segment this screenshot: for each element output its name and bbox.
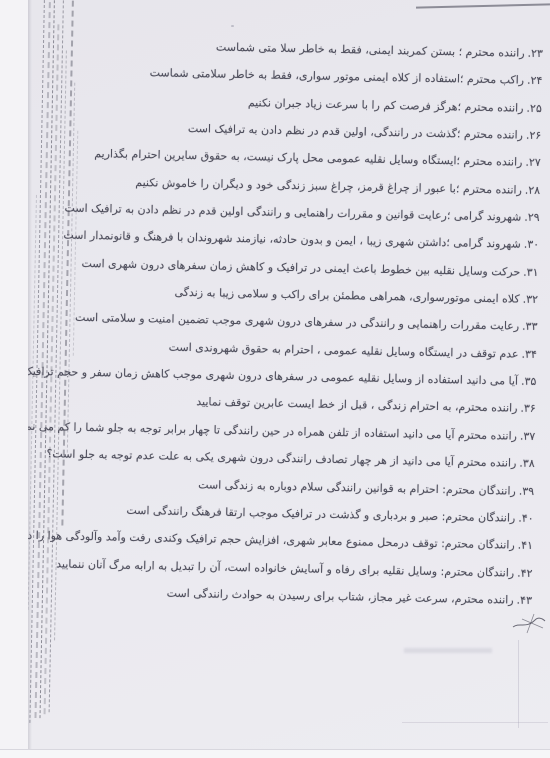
item-text: راننده محترم، سرعت غیر مجاز، شتاب برای ر… <box>167 587 514 607</box>
item-number: ۴۳. <box>516 594 532 607</box>
page-content: ۲۳.راننده محترم ؛ بستن کمربند ایمنی، فقط… <box>0 0 550 758</box>
item-text: رانندگان محترم: وسایل نقلیه برای رفاه و … <box>56 557 514 579</box>
item-number: ۴۱. <box>518 539 534 552</box>
item-number: ۳۶. <box>520 402 536 415</box>
item-number: ۲۹. <box>524 211 540 224</box>
item-number: ۳۳. <box>522 320 538 333</box>
ink-scribble-mark <box>510 611 550 643</box>
item-number: ۲۷. <box>525 156 541 169</box>
item-number: ۳۷. <box>520 429 536 442</box>
slogan-list: ۲۳.راننده محترم ؛ بستن کمربند ایمنی، فقط… <box>28 30 543 614</box>
item-text: رانندگان محترم: توقف درمحل ممنوع معابر ش… <box>0 528 515 552</box>
item-number: ۲۴. <box>527 74 543 87</box>
bleed-through-line <box>518 640 519 728</box>
item-text: کلاه ایمنی موتورسواری، همراهی مطمئن برای… <box>174 286 519 306</box>
item-number: ۳۲. <box>523 293 539 306</box>
item-text: راننده محترم ؛هرگز فرصت کم را با سرعت زی… <box>248 96 524 115</box>
item-number: ۳۵. <box>521 375 537 388</box>
item-number: ۲۵. <box>526 101 542 114</box>
item-text: راننده محترم، به احترام زندگی ، قبل از خ… <box>196 396 517 415</box>
item-number: ۴۰. <box>518 512 534 525</box>
item-text: رانندگان محترم: احترام به قوانین رانندگی… <box>198 478 516 497</box>
item-text: راننده محترم ؛گذشت در رانندگی، اولین قدم… <box>188 122 523 142</box>
bleed-through-line <box>402 722 548 723</box>
item-text: راننده محترم آیا می دانید از هر چهار تصا… <box>46 447 516 469</box>
item-number: ۳۹. <box>519 484 535 497</box>
item-text: راننده محترم ؛با عبور از چراغ قرمز، چراغ… <box>135 176 522 197</box>
item-text: راننده محترم آیا می دانید استفاده از تلف… <box>8 419 517 442</box>
item-number: ۳۴. <box>521 347 537 360</box>
item-text: شهروند گرامی ؛داشتن شهری زیبا ، ایمن و ب… <box>63 229 521 251</box>
item-text: آیا می دانید استفاده از وسایل نقلیه عموم… <box>0 364 518 387</box>
item-text: راکب محترم ؛استفاده از کلاه ایمنی موتور … <box>150 67 525 88</box>
scanner-bed-bottom-edge <box>0 749 550 758</box>
item-text: راننده محترم ؛ایستگاه وسایل نقلیه عمومی … <box>94 147 522 169</box>
item-text: رانندگان محترم: صبر و بردباری و گذشت در … <box>126 504 515 525</box>
item-text: شهروند گرامی ؛رعایت قوانین و مقررات راهن… <box>64 202 521 224</box>
item-number: ۳۰. <box>524 238 540 251</box>
scanner-bed-band <box>0 0 28 758</box>
item-text: راننده محترم ؛ بستن کمربند ایمنی، فقط به… <box>216 41 525 60</box>
item-number: ۳۸. <box>519 457 535 470</box>
paper-edge-shadow <box>28 0 32 758</box>
item-number: ۳۱. <box>523 265 539 278</box>
bleed-through-text <box>404 648 492 653</box>
scanned-document-page: { "page": { "kind": "scanned paper docum… <box>0 0 550 758</box>
item-number: ۲۳. <box>527 47 543 60</box>
item-number: ۲۸. <box>525 183 541 196</box>
item-number: ۲۶. <box>526 129 542 142</box>
item-text: رعایت مقررات راهنمایی و رانندگی در سفرها… <box>75 311 519 333</box>
item-text: عدم توقف در ایستگاه وسایل نقلیه عمومی ، … <box>169 340 519 360</box>
paper-speck <box>231 25 234 27</box>
item-number: ۴۲. <box>517 566 533 579</box>
item-text: حرکت وسایل نقلیه بین خطوط باعث ایمنی در … <box>81 257 520 279</box>
